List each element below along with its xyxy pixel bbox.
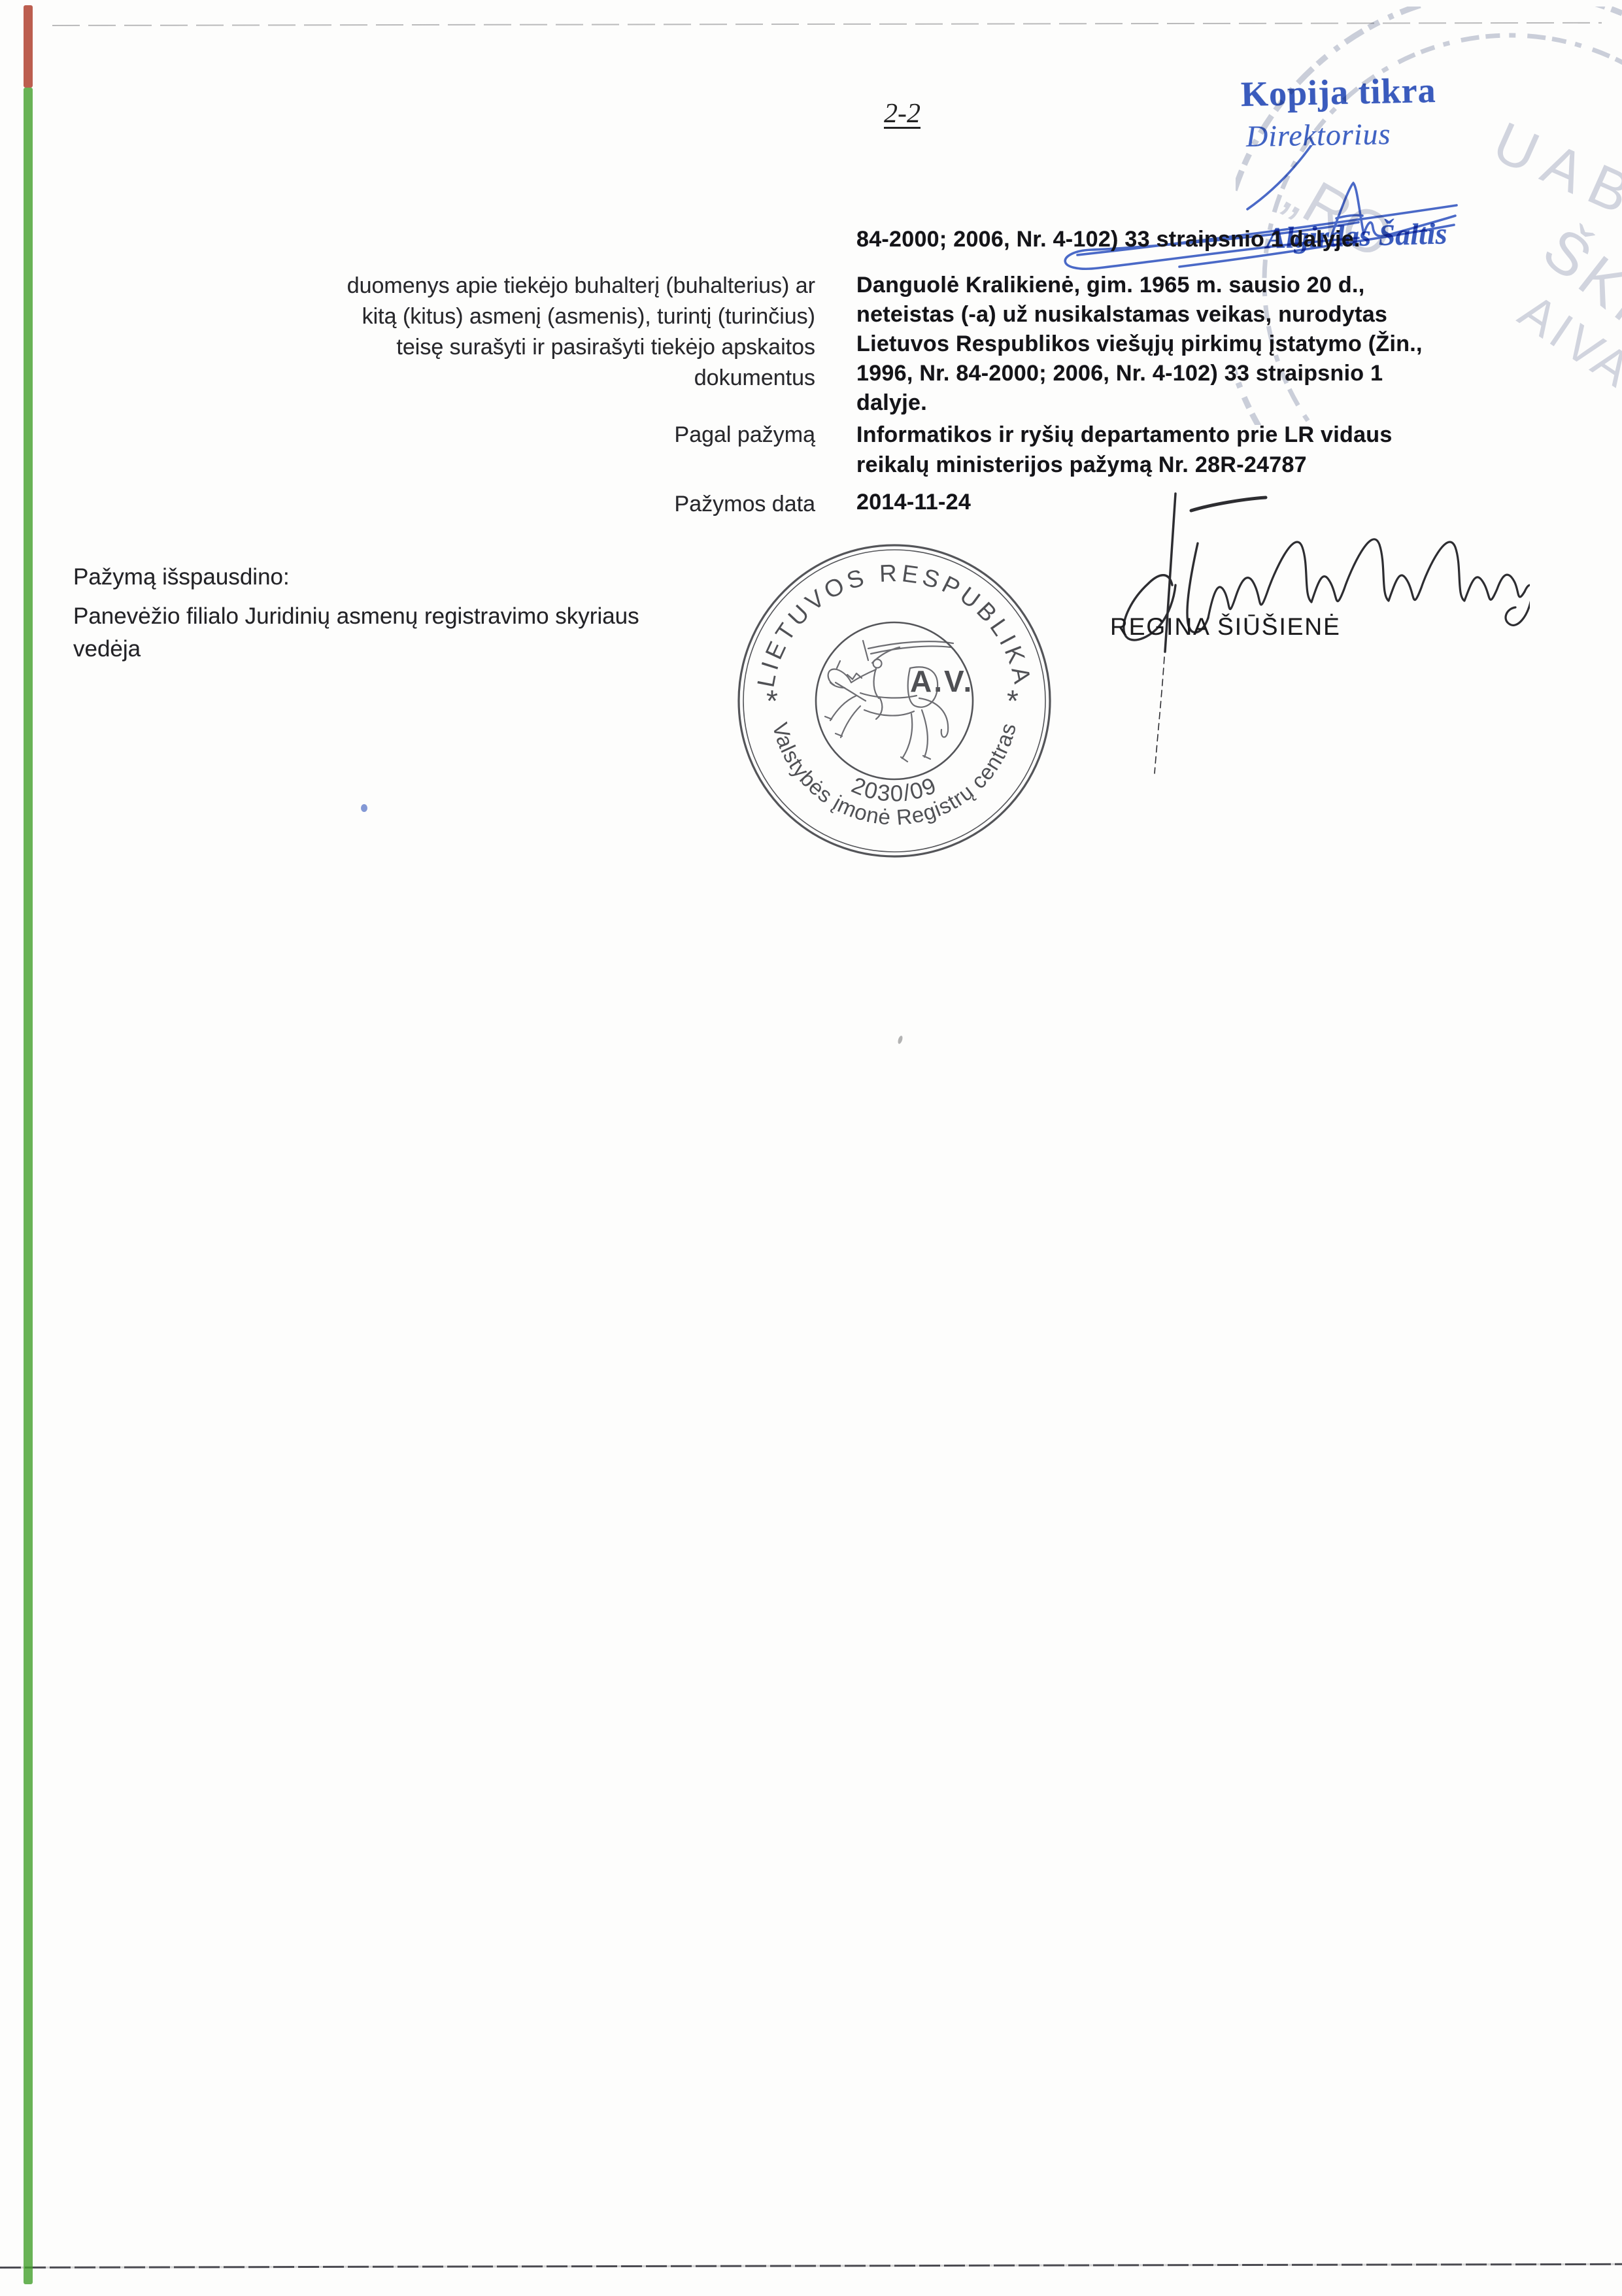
- scan-speck: [897, 1035, 904, 1044]
- seal-code: 2030/09: [848, 772, 941, 807]
- row-value-line: Informatikos ir ryšių departamento prie …: [856, 420, 1510, 450]
- record-row-label: Pagal pažymą: [423, 420, 815, 450]
- record-row-value: Danguolė Kralikienė, gim. 1965 m. sausio…: [856, 271, 1510, 418]
- row-label-line: teisę surašyti ir pasirašyti tiekėjo aps…: [227, 332, 815, 363]
- row-value-line: reikalų ministerijos pažymą Nr. 28R-2478…: [856, 450, 1510, 480]
- row-label-line: kitą (kitus) asmenį (asmenis), turintį (…: [227, 301, 815, 332]
- seal-center-ring: [816, 622, 973, 779]
- scanned-document-page: SAVIVALDYBĖ UAB „RO ŠKIO AIVA“ 2-2 Kopij…: [0, 0, 1622, 2296]
- seal-star-left: *: [766, 684, 778, 718]
- printed-by-label: Pažymą išspausdino:: [73, 561, 290, 594]
- seal-vytis-emblem: [825, 641, 953, 762]
- seal-ring-text-top: LIETUVOS RESPUBLIKA: [752, 560, 1036, 690]
- record-carryover-value: 84-2000; 2006, Nr. 4-102) 33 straipsnio …: [856, 225, 1510, 254]
- scan-artifact-bottom-line: [0, 2263, 1622, 2269]
- row-value-line: Danguolė Kralikienė, gim. 1965 m. sausio…: [856, 271, 1510, 300]
- copy-stamp-title: Kopija tikra: [1240, 70, 1436, 114]
- seal-ring-text-bottom: Valstybės įmonė Registrų centras: [768, 720, 1021, 829]
- record-row-label: duomenys apie tiekėjo buhalterį (buhalte…: [227, 271, 815, 394]
- page-number: 2-2: [884, 98, 921, 129]
- row-value-line: neteistas (-a) už nusikalstamas veikas, …: [856, 300, 1510, 329]
- record-row-value: Informatikos ir ryšių departamento prie …: [856, 420, 1510, 480]
- record-row-label: Pažymos data: [423, 489, 815, 520]
- row-value-line: dalyje.: [856, 388, 1510, 418]
- scan-artifact-edge-red: [24, 5, 33, 88]
- scan-artifact-edge-green: [24, 88, 33, 2284]
- row-value-line: Lietuvos Respublikos viešųjų pirkimų įst…: [856, 329, 1510, 359]
- registry-seal: LIETUVOS RESPUBLIKA Valstybės įmonė Regi…: [734, 541, 1055, 861]
- seal-av-text: A.V.: [910, 664, 973, 698]
- scan-speck: [361, 804, 367, 812]
- row-value-line: 1996, Nr. 84-2000; 2006, Nr. 4-102) 33 s…: [856, 359, 1510, 388]
- seal-star-right: *: [1007, 684, 1019, 718]
- company-stamp-uab: UAB: [1484, 109, 1622, 231]
- registrar-name: REGINA ŠIŪŠIENĖ: [1110, 613, 1341, 641]
- row-label-line: dokumentus: [227, 363, 815, 394]
- row-label-line: duomenys apie tiekėjo buhalterį (buhalte…: [227, 271, 815, 301]
